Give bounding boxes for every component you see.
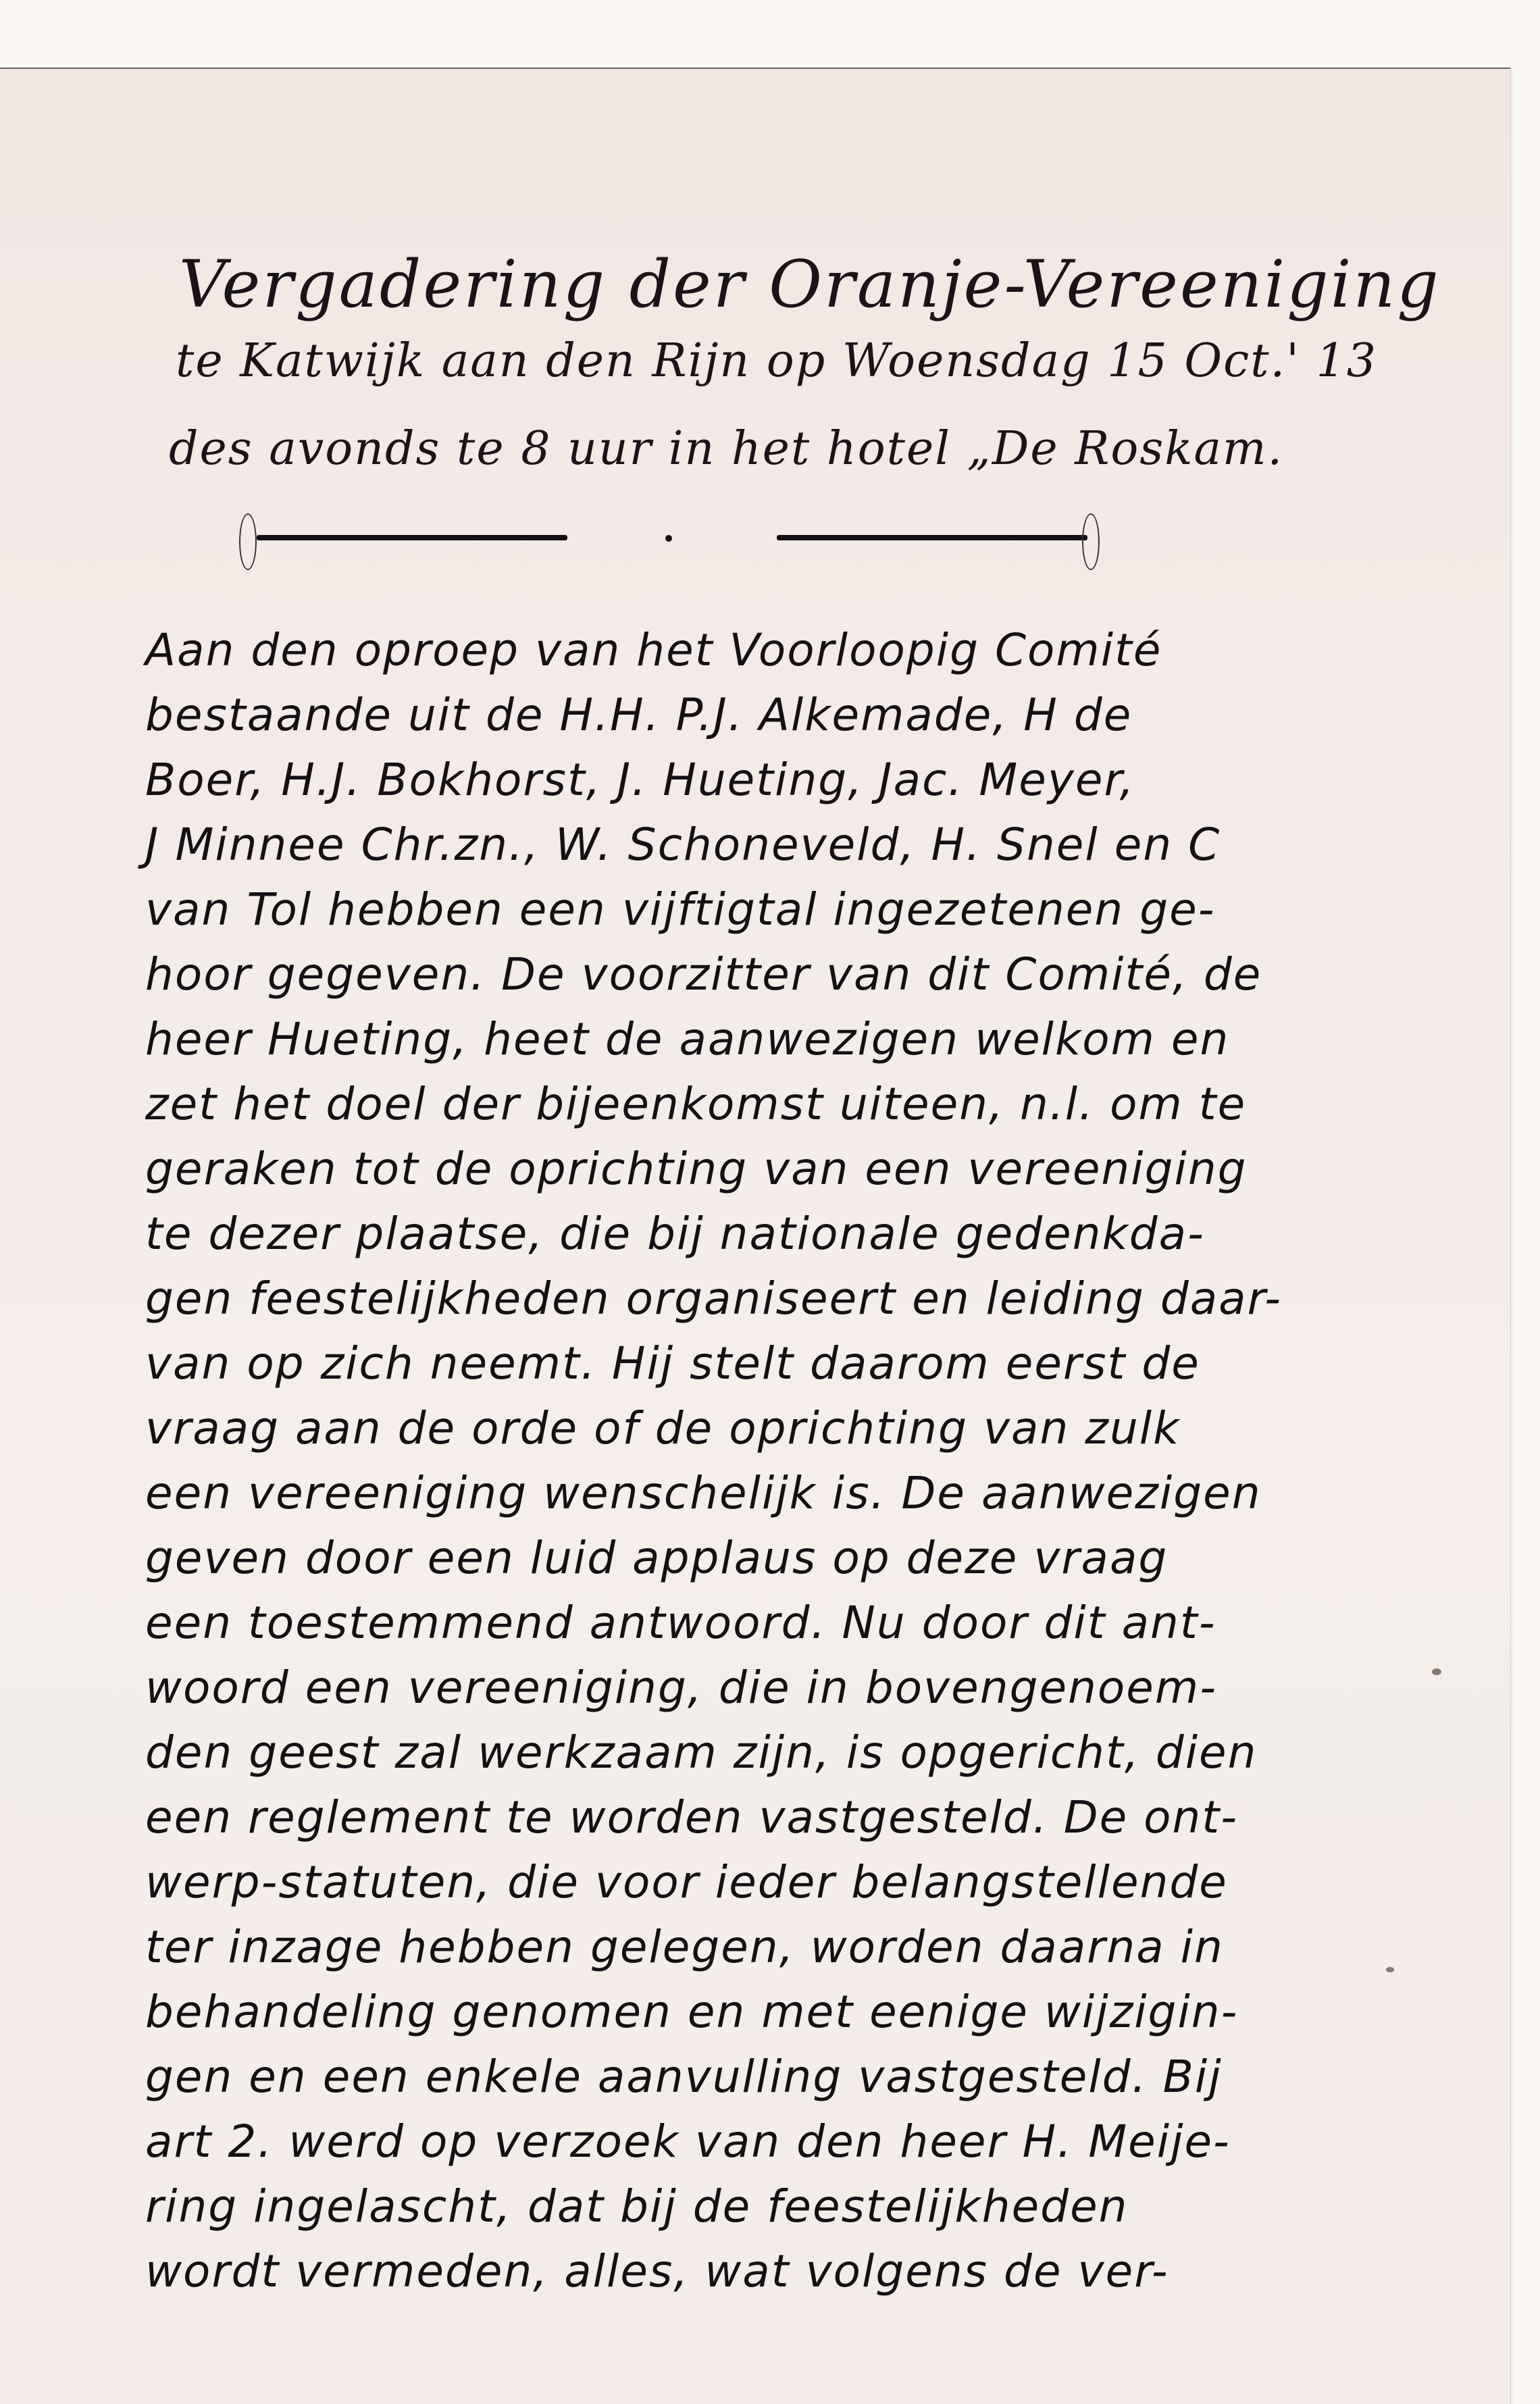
text-line: vraag aan de orde of de oprichting van z…	[145, 1396, 1456, 1461]
minutes-body: Aan den oproep van het Voorloopig Comité…	[145, 618, 1456, 2304]
text-line: werp-statuten, die voor ieder belangstel…	[145, 1850, 1456, 1915]
divider-left-bar	[257, 535, 567, 540]
text-line: ter inzage hebben gelegen, worden daarna…	[145, 1915, 1456, 1980]
text-line: geraken tot de oprichting van een vereen…	[145, 1137, 1456, 1202]
text-line: zet het doel der bijeenkomst uiteen, n.l…	[145, 1072, 1456, 1137]
heading-location-date: te Katwijk aan den Rijn op Woensdag 15 O…	[176, 334, 1377, 388]
text-line: te dezer plaatse, die bij nationale gede…	[145, 1202, 1456, 1267]
heading-title: Vergadering der Oranje-Vereeniging	[179, 247, 1441, 322]
text-line: heer Hueting, heet de aanwezigen welkom …	[145, 1007, 1456, 1072]
text-line: Aan den oproep van het Voorloopig Comité	[145, 618, 1456, 683]
heading-time-venue: des avonds te 8 uur in het hotel „De Ros…	[169, 422, 1283, 476]
text-line: hoor gegeven. De voorzitter van dit Comi…	[145, 942, 1456, 1007]
text-line: Boer, H.J. Bokhorst, J. Hueting, Jac. Me…	[145, 748, 1456, 813]
text-line: geven door een luid applaus op deze vraa…	[145, 1526, 1456, 1591]
text-line: van op zich neemt. Hij stelt daarom eers…	[145, 1331, 1456, 1396]
text-line: J Minnee Chr.zn., W. Schoneveld, H. Snel…	[145, 813, 1456, 877]
text-line: bestaande uit de H.H. P.J. Alkemade, H d…	[145, 683, 1456, 748]
text-line: van Tol hebben een vijftigtal ingezetene…	[145, 877, 1456, 942]
text-line: woord een vereeniging, die in bovengenoe…	[145, 1656, 1456, 1720]
divider-right-bar	[777, 535, 1087, 540]
text-line: behandeling genomen en met eenige wijzig…	[145, 1980, 1456, 2045]
text-line: wordt vermeden, alles, wat volgens de ve…	[145, 2239, 1456, 2304]
ornamental-divider	[230, 527, 1114, 554]
divider-right-flourish	[1082, 513, 1100, 570]
text-line: een toestemmend antwoord. Nu door dit an…	[145, 1591, 1456, 1656]
text-line: gen feestelijkheden organiseert en leidi…	[145, 1267, 1456, 1331]
text-line: een reglement te worden vastgesteld. De …	[145, 1785, 1456, 1850]
text-line: ring ingelascht, dat bij de feestelijkhe…	[145, 2174, 1456, 2239]
divider-center-dot	[665, 535, 672, 542]
text-line: gen en een enkele aanvulling vastgesteld…	[145, 2045, 1456, 2109]
divider-left-flourish	[239, 513, 257, 570]
text-line: den geest zal werkzaam zijn, is opgerich…	[145, 1720, 1456, 1785]
text-line: een vereeniging wenschelijk is. De aanwe…	[145, 1461, 1456, 1526]
text-line: art 2. werd op verzoek van den heer H. M…	[145, 2109, 1456, 2174]
